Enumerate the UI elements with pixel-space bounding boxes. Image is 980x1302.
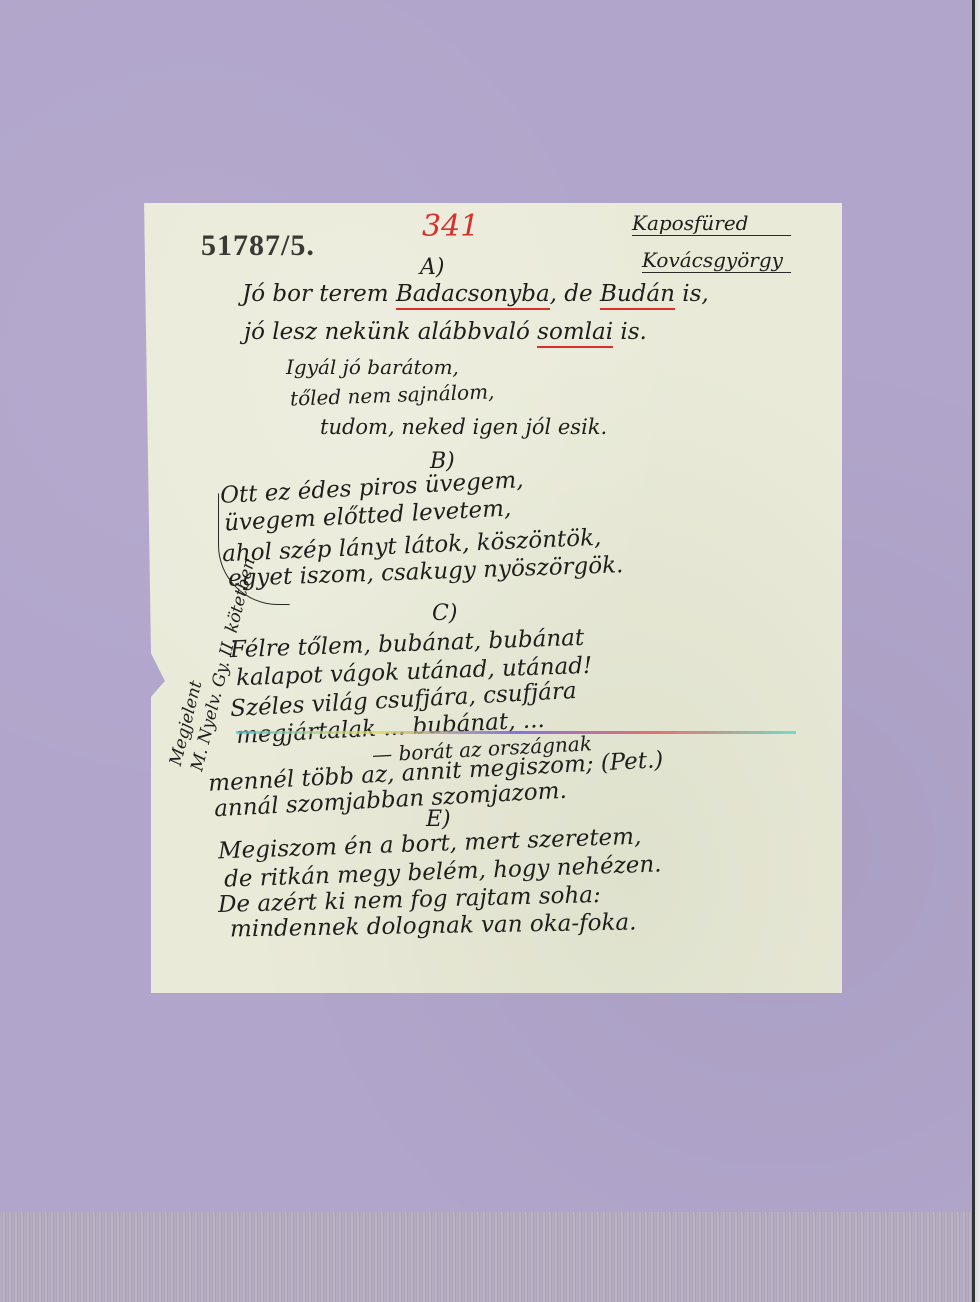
scanner-artifact-band: [0, 1212, 972, 1302]
underlined-place: Budán: [600, 281, 675, 310]
underlined-place: Badacsonyba: [396, 281, 550, 310]
verse-line: tudom, neked igen jól esik.: [320, 415, 607, 439]
red-archive-number: 341: [422, 209, 479, 244]
scan-edge: [972, 0, 980, 1302]
underlined-wine: somlai: [537, 319, 613, 348]
location-name: Kaposfüred: [632, 211, 791, 236]
collector-name: Kovácsgyörgy: [642, 248, 791, 273]
verse-line: Igyál jó barátom,: [286, 355, 459, 379]
scan-color-fringe: [236, 731, 796, 734]
location-note: Kaposfüred Kovácsgyörgy: [632, 211, 791, 273]
manuscript-slip: 51787/5. 341 Kaposfüred Kovácsgyörgy A) …: [144, 203, 842, 993]
verse-line: Jó bor terem Badacsonyba, de Budán is,: [242, 281, 709, 307]
section-label-c: C): [432, 601, 457, 626]
section-label-a: A): [420, 255, 444, 280]
verse-line: tőled nem sajnálom,: [290, 379, 495, 410]
catalog-number: 51787/5.: [201, 229, 315, 263]
section-label-e: E): [426, 807, 451, 832]
verse-line: jó lesz nekünk alábbvaló somlai is.: [244, 319, 647, 345]
